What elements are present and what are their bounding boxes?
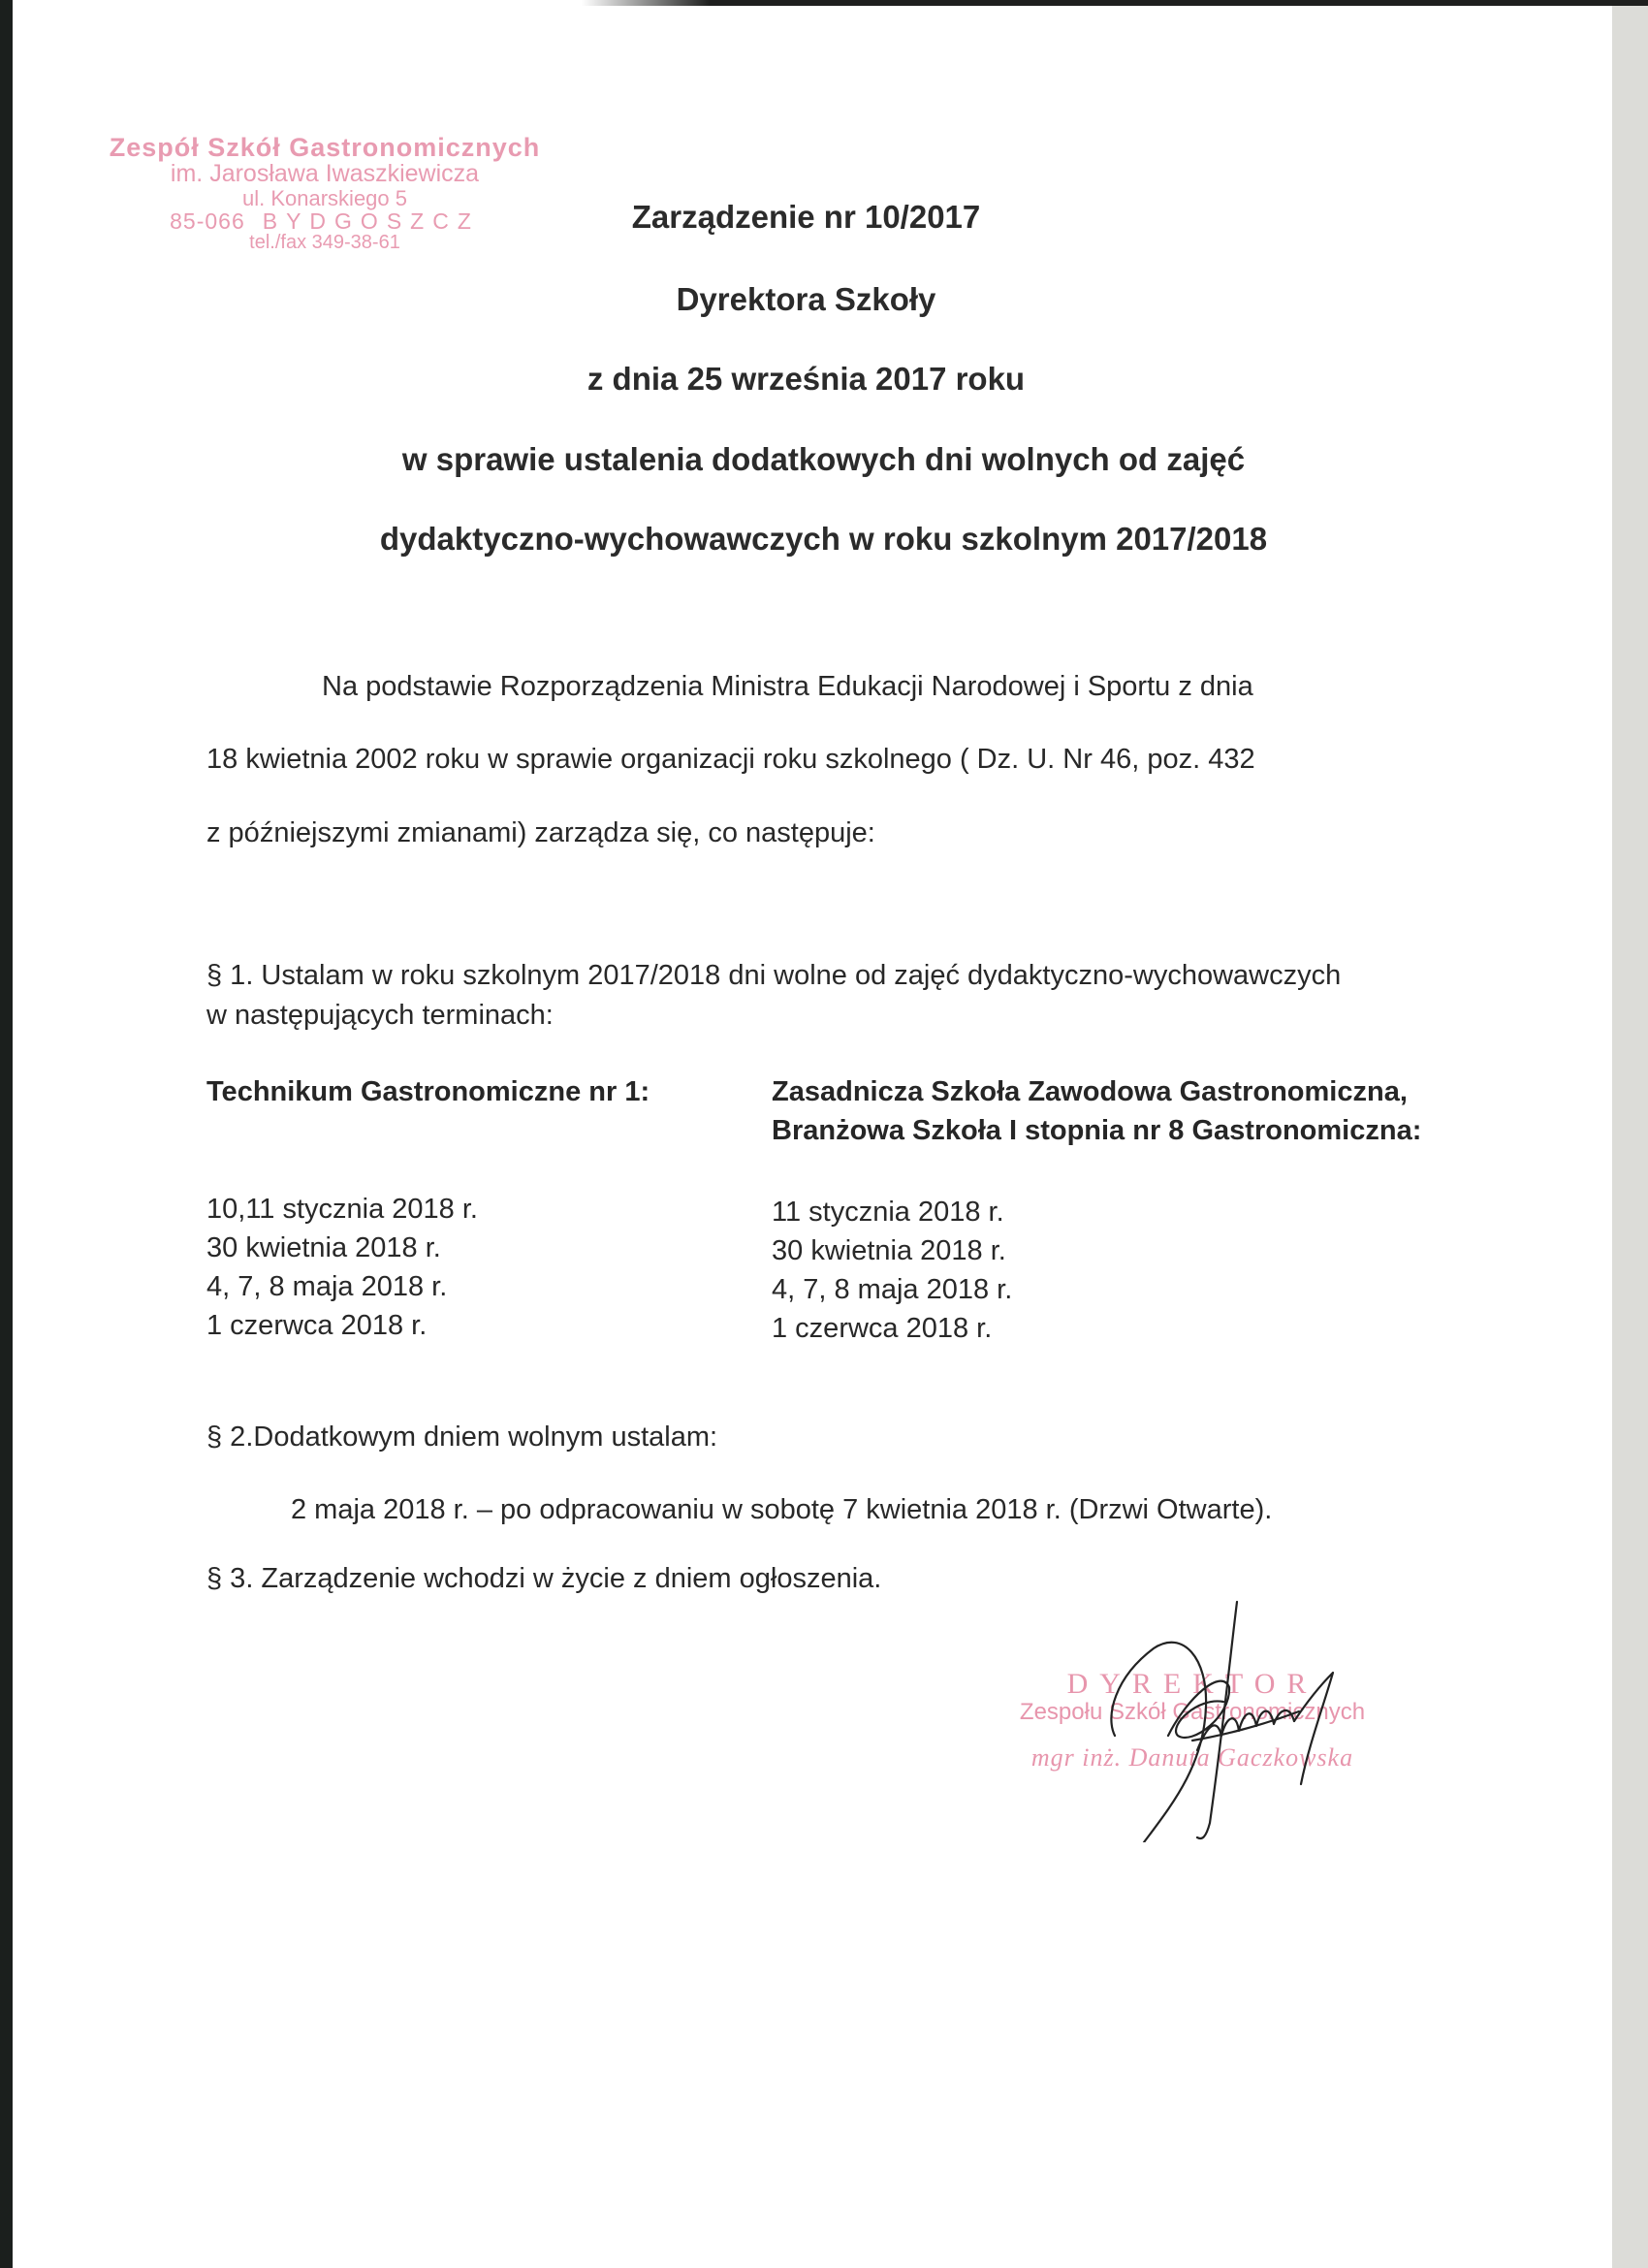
stamp-school-name: Zespół Szkół Gastronomicznych	[97, 134, 553, 161]
date-item: 11 stycznia 2018 r.	[772, 1193, 1012, 1231]
date-item: 1 czerwca 2018 r.	[772, 1309, 1012, 1348]
section2-line1: § 2.Dodatkowym dniem wolnym ustalam:	[206, 1421, 717, 1453]
column-heading-branzowa: Zasadnicza Szkoła Zawodowa Gastronomiczn…	[772, 1072, 1421, 1150]
document-issuer: Dyrektora Szkoły	[0, 281, 1612, 318]
column-heading-technikum: Technikum Gastronomiczne nr 1:	[206, 1072, 650, 1111]
date-item: 1 czerwca 2018 r.	[206, 1306, 478, 1345]
section1-line1: § 1. Ustalam w roku szkolnym 2017/2018 d…	[206, 960, 1341, 992]
preamble-line3: z późniejszymi zmianami) zarządza się, c…	[206, 817, 875, 849]
date-item: 10,11 stycznia 2018 r.	[206, 1190, 478, 1229]
section1-line2: w następujących terminach:	[206, 1000, 554, 1032]
scan-edge-right	[1612, 6, 1648, 2268]
date-item: 30 kwietnia 2018 r.	[772, 1231, 1012, 1270]
date-item: 4, 7, 8 maja 2018 r.	[772, 1270, 1012, 1309]
scan-edge-left	[0, 0, 13, 2268]
signature-icon	[998, 1590, 1386, 1842]
date-item: 4, 7, 8 maja 2018 r.	[206, 1267, 478, 1306]
preamble-line2: 18 kwietnia 2002 roku w sprawie organiza…	[206, 744, 1255, 776]
document-subject-line1: w sprawie ustalenia dodatkowych dni woln…	[17, 441, 1630, 478]
scan-edge-top	[582, 0, 1648, 6]
date-list-branzowa: 11 stycznia 2018 r. 30 kwietnia 2018 r. …	[772, 1193, 1012, 1348]
document-date: z dnia 25 września 2017 roku	[0, 361, 1612, 398]
stamp-school-patron: im. Jarosława Iwaszkiewicza	[97, 161, 553, 186]
document-subject-line2: dydaktyczno-wychowawczych w roku szkolny…	[17, 521, 1630, 558]
preamble-line1: Na podstawie Rozporządzenia Ministra Edu…	[322, 671, 1253, 703]
section3-line1: § 3. Zarządzenie wchodzi w życie z dniem…	[206, 1563, 881, 1595]
section2-line2: 2 maja 2018 r. – po odpracowaniu w sobot…	[291, 1494, 1272, 1526]
date-item: 30 kwietnia 2018 r.	[206, 1229, 478, 1267]
date-list-technikum: 10,11 stycznia 2018 r. 30 kwietnia 2018 …	[206, 1190, 478, 1345]
document-title: Zarządzenie nr 10/2017	[0, 199, 1612, 236]
